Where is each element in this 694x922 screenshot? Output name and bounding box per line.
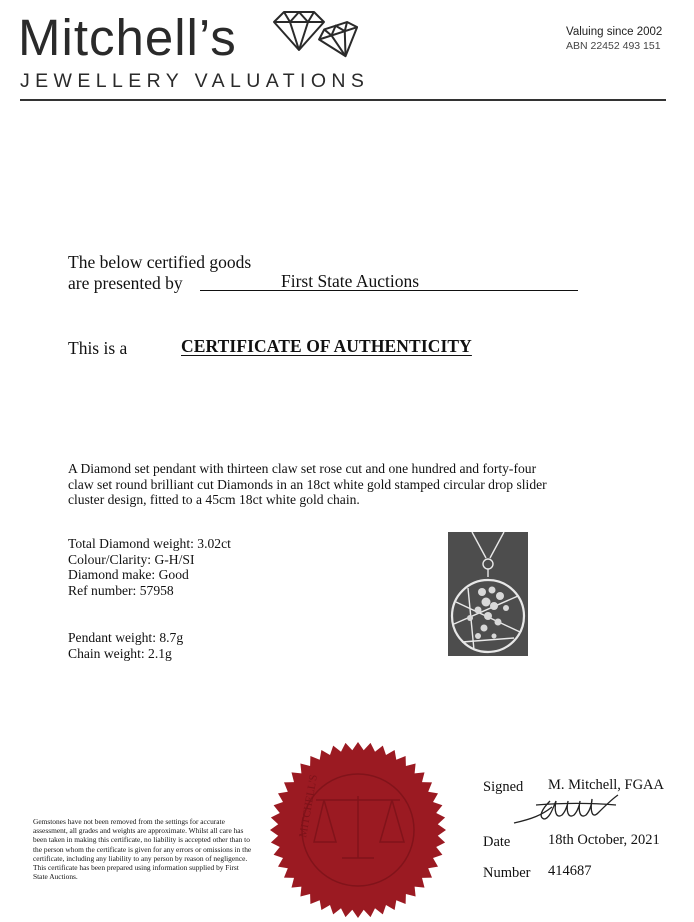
certificate-title: CERTIFICATE OF AUTHENTICITY	[181, 336, 472, 357]
presenter-name: First State Auctions	[200, 271, 500, 292]
intro-line-1: The below certified goods	[68, 252, 251, 273]
pendant-image	[448, 532, 528, 656]
tagline: Valuing since 2002	[566, 25, 662, 39]
certificate-prefix: This is a	[68, 338, 127, 359]
wax-seal: MITCHELL'S	[258, 738, 458, 918]
disclaimer-text: Gemstones have not been removed from the…	[33, 817, 253, 881]
header-divider	[20, 99, 666, 101]
number-label: Number	[483, 865, 531, 882]
presenter-underline	[200, 290, 578, 291]
brand-name: Mitchell’s	[18, 8, 237, 68]
total-diamond-weight: Total Diamond weight: 3.02ct	[68, 536, 231, 552]
handwritten-signature	[512, 793, 622, 827]
ref-number: Ref number: 57958	[68, 583, 231, 599]
certificate-date: 18th October, 2021	[548, 832, 660, 849]
item-description: A Diamond set pendant with thirteen claw…	[68, 461, 558, 508]
diamonds-icon	[268, 10, 358, 66]
intro-line-2: are presented by	[68, 273, 183, 294]
chain-weight: Chain weight: 2.1g	[68, 646, 183, 662]
colour-clarity: Colour/Clarity: G-H/SI	[68, 552, 231, 568]
diamond-specs: Total Diamond weight: 3.02ct Colour/Clar…	[68, 536, 231, 598]
diamond-make: Diamond make: Good	[68, 567, 231, 583]
abn-number: ABN 22452 493 151	[566, 40, 661, 53]
weight-specs: Pendant weight: 8.7g Chain weight: 2.1g	[68, 630, 183, 661]
signer-name: M. Mitchell, FGAA	[548, 777, 664, 794]
brand-subtitle: JEWELLERY VALUATIONS	[20, 70, 369, 92]
pendant-photo	[448, 532, 528, 656]
pendant-weight: Pendant weight: 8.7g	[68, 630, 183, 646]
date-label: Date	[483, 834, 510, 851]
certificate-number: 414687	[548, 863, 592, 880]
